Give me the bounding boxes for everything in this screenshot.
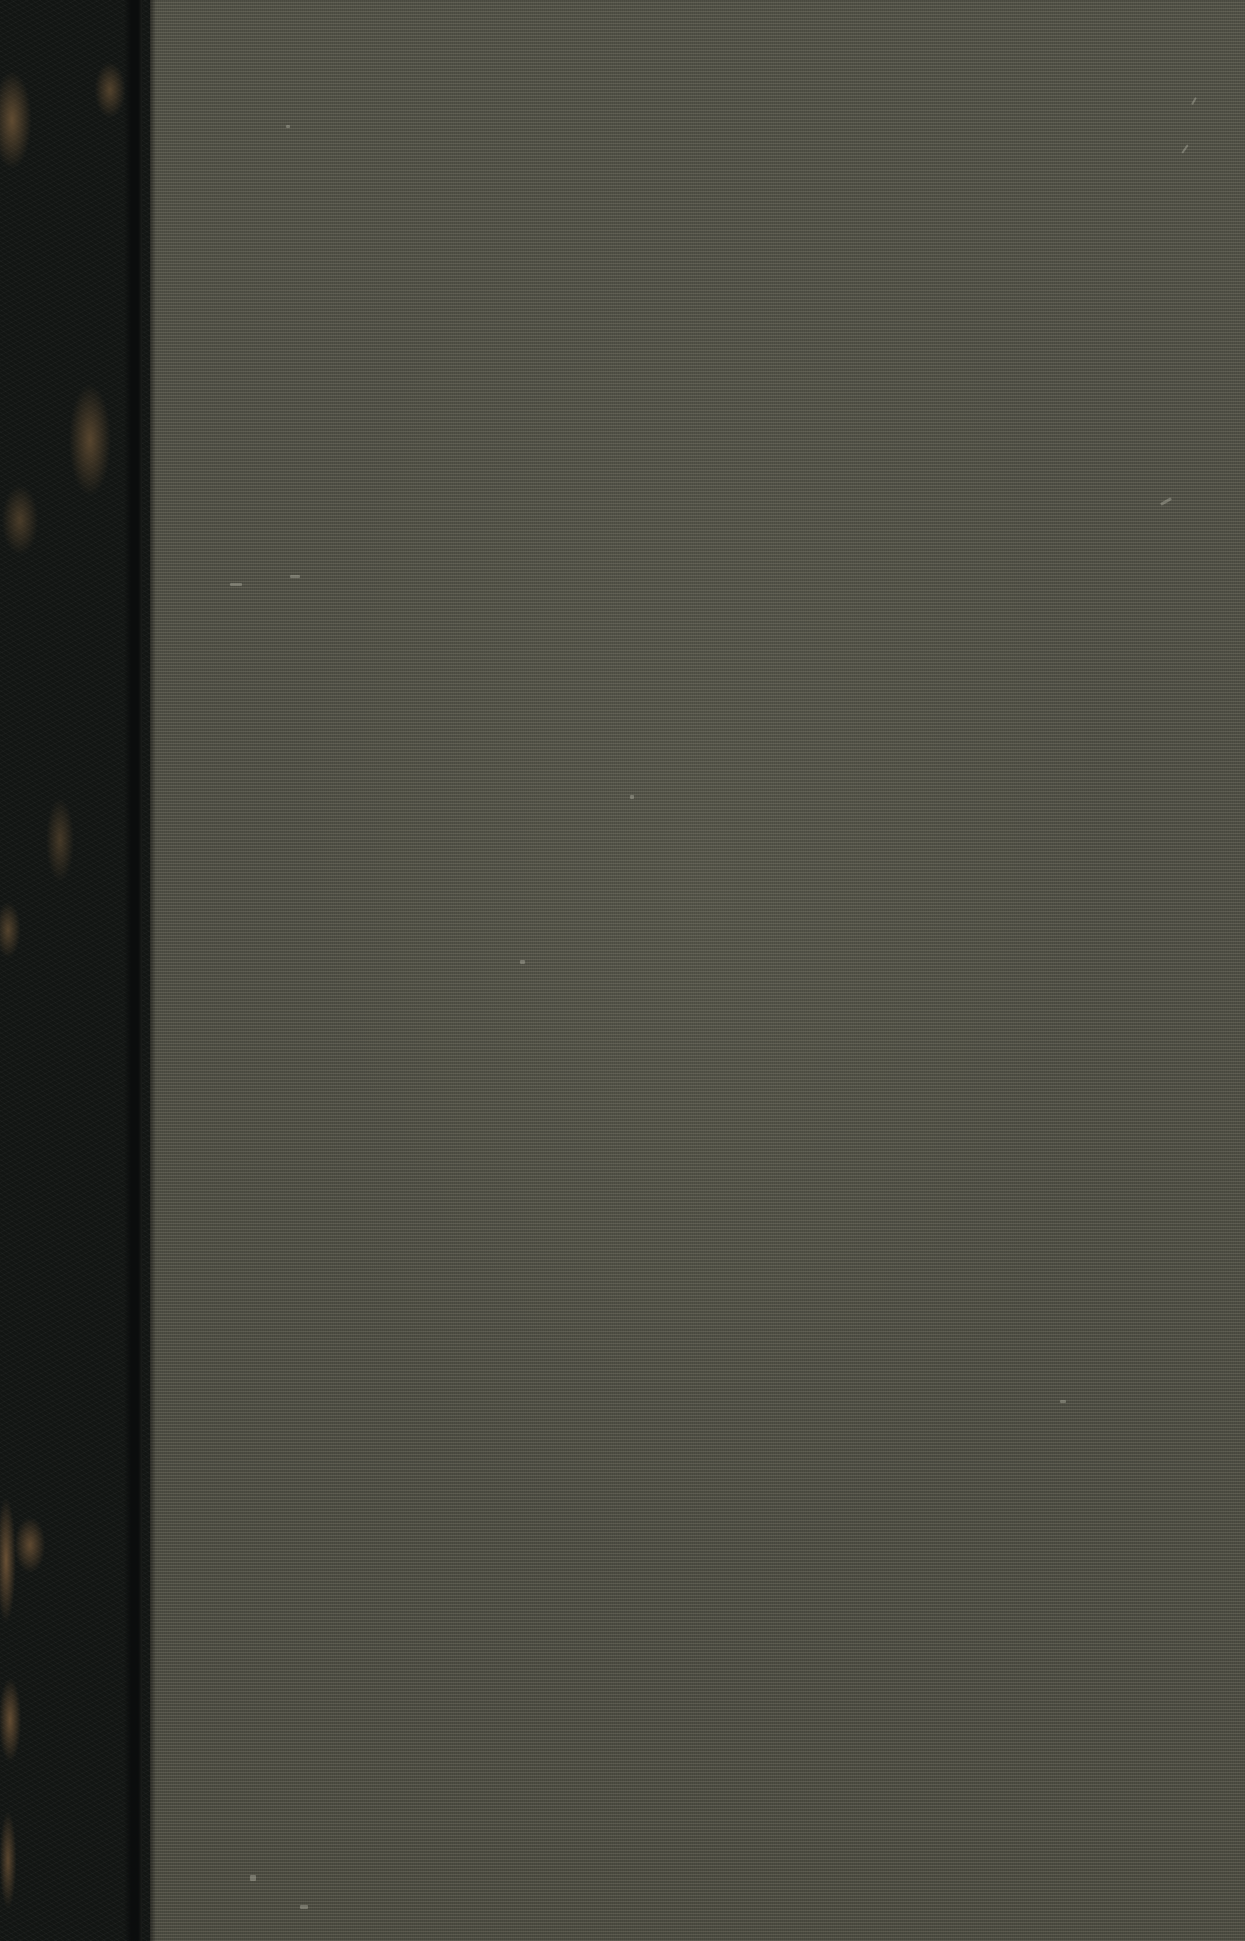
scuff-mark xyxy=(1181,144,1188,153)
scuff-mark xyxy=(250,1875,256,1881)
scuff-mark xyxy=(1060,1400,1066,1403)
scuff-mark xyxy=(630,795,634,799)
spine-seam xyxy=(124,0,142,1941)
scuff-mark xyxy=(230,583,242,586)
book-cover: Plain cloth-bound book cover with black … xyxy=(0,0,1245,1941)
scuff-mark xyxy=(300,1905,308,1909)
cloth-board: Plain cloth-bound book cover with black … xyxy=(150,0,1245,1941)
scuff-mark xyxy=(520,960,525,964)
board-edge-shadow xyxy=(150,0,156,1941)
scuff-mark xyxy=(286,125,290,128)
scuff-mark xyxy=(1191,97,1197,105)
scuff-mark xyxy=(1160,497,1172,506)
leather-spine xyxy=(0,0,150,1941)
scuff-mark xyxy=(290,575,300,578)
